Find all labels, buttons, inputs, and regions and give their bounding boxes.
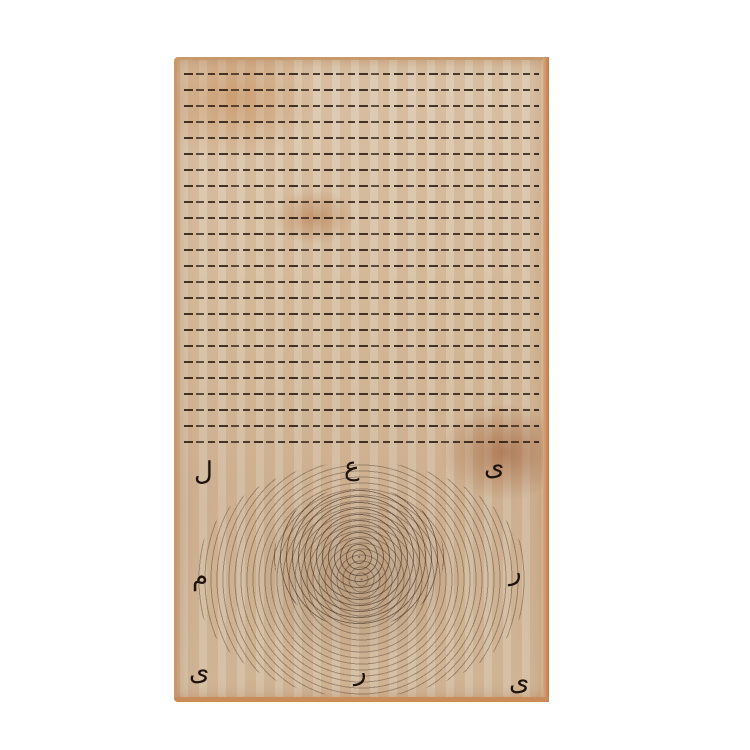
ink-letter-mark: م	[192, 562, 208, 592]
ink-letter-mark: ى	[189, 657, 209, 687]
circular-script-inner	[274, 487, 444, 627]
ink-letter-mark: ر	[509, 557, 522, 587]
ink-letter-mark: ى	[484, 452, 504, 482]
ink-letter-mark: ر	[354, 657, 367, 687]
board-right-edge	[543, 57, 549, 702]
ink-letter-mark: ل	[194, 457, 213, 487]
horizontal-script-block	[184, 65, 539, 450]
wooden-writing-board: ل ى م ر ى ع ر ى	[174, 57, 549, 702]
ink-letter-mark: ى	[509, 667, 529, 697]
ink-letter-mark: ع	[344, 452, 360, 482]
board-bottom-edge	[174, 697, 549, 702]
